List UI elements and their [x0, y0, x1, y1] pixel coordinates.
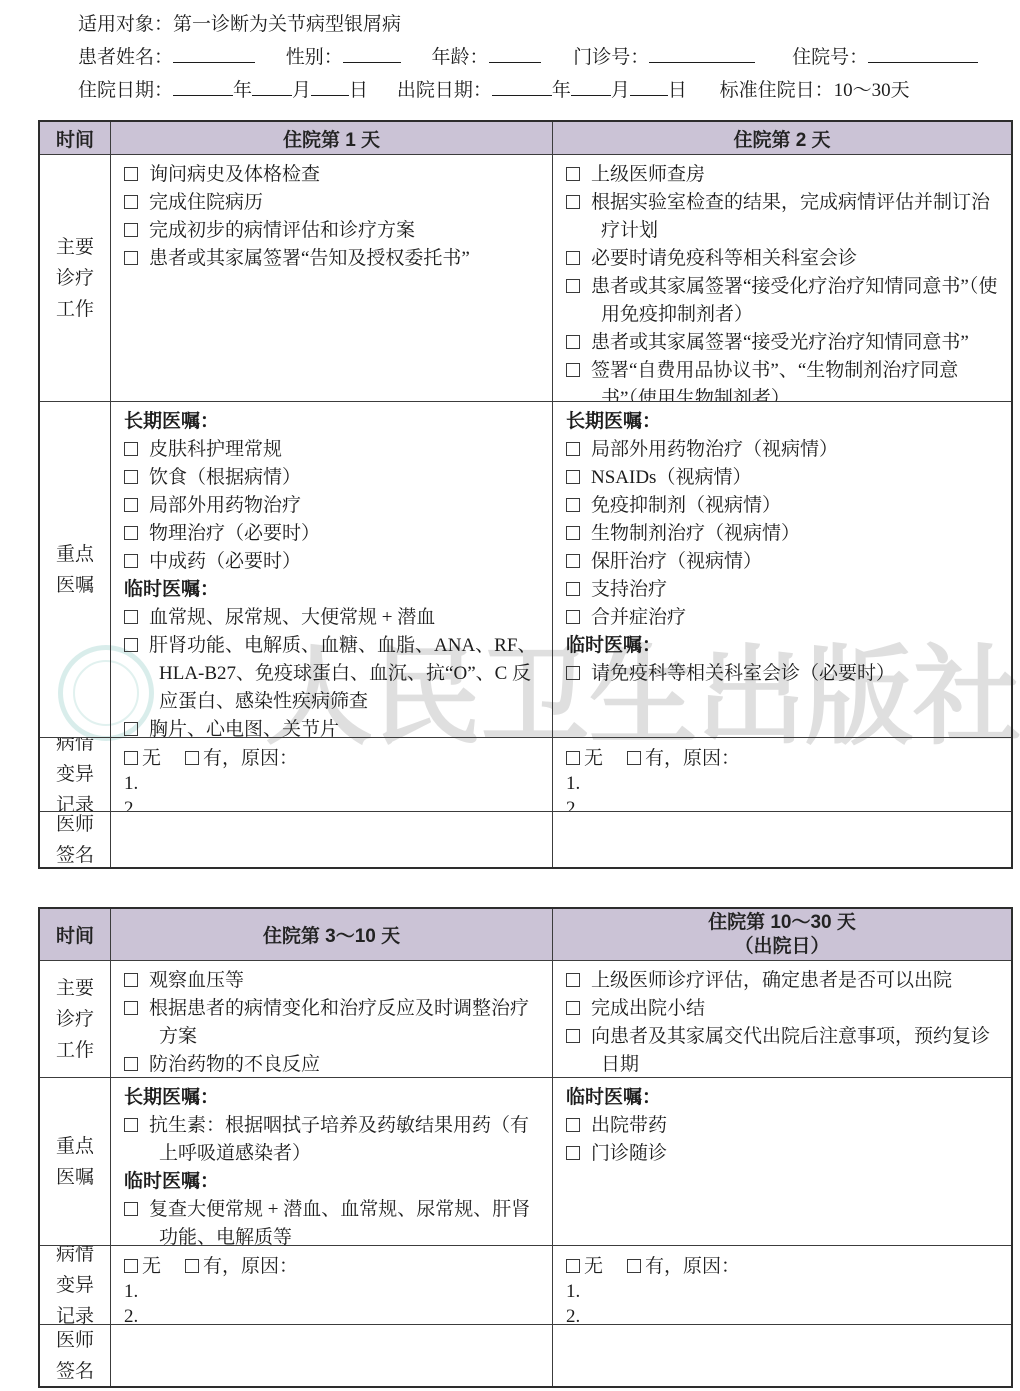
checkbox-icon [566, 1001, 580, 1015]
pathway-table-days-1-2: 时间 住院第 1 天 住院第 2 天 主要诊疗工作 询问病史及体格检查完成住院病… [38, 120, 1013, 869]
discharge-year-blank [492, 81, 552, 96]
checkbox-icon [566, 470, 580, 484]
orders-section-heading: 临时医嘱： [566, 1084, 1001, 1112]
variation-options-line: 无有，原因： [124, 746, 542, 771]
numbered-blank-line: 2. [124, 796, 542, 811]
checklist-item: 上级医师诊疗评估，确定患者是否可以出院 [566, 967, 1001, 995]
checklist-item: 皮肤科护理常规 [124, 436, 542, 464]
applicable-value: 第一诊断为关节病型银屑病 [173, 14, 401, 35]
cell-days3-10-key-orders: 长期医嘱：抗生素：根据咽拭子培养及药敏结果用药（有上呼吸道感染者）临时医嘱：复查… [111, 1078, 553, 1245]
checklist-item: 胸片、心电图、关节片 [124, 716, 542, 737]
checkbox-icon [124, 195, 138, 209]
checklist-item-text: 门诊随诊 [591, 1143, 667, 1164]
checkbox-icon [566, 666, 580, 680]
checklist-item: NSAIDs（视病情） [566, 464, 1001, 492]
checklist-item-text: 上级医师查房 [591, 164, 705, 185]
table1-row-main-care: 主要诊疗工作 询问病史及体格检查完成住院病历完成初步的病情评估和诊疗方案患者或其… [40, 155, 1011, 402]
checkbox-icon [566, 1146, 580, 1160]
numbered-blank-line: 2. [566, 1304, 1001, 1324]
checklist-item: 局部外用药物治疗 [124, 492, 542, 520]
checkbox-icon [566, 973, 580, 987]
year-label: 年 [552, 80, 571, 101]
checklist-item: 复查大便常规 + 潜血、血常规、尿常规、肝肾功能、电解质等 [124, 1196, 542, 1245]
month-label: 月 [292, 80, 311, 101]
row-label-physician-signature: 医师签名 [40, 1325, 111, 1386]
checkbox-icon [185, 1259, 199, 1273]
checklist-item-text: 观察血压等 [149, 970, 244, 991]
checklist-item-text: 免疫抑制剂（视病情） [591, 495, 781, 516]
outpatient-no-label: 门诊号： [573, 47, 649, 68]
orders-section-heading: 临时医嘱： [566, 632, 1001, 660]
option-yes-label: 有，原因： [203, 1256, 298, 1277]
checklist-item-text: 物理治疗（必要时） [149, 523, 320, 544]
checklist-item: 观察血压等 [124, 967, 542, 995]
orders-section-heading: 长期医嘱： [566, 408, 1001, 436]
age-label: 年龄： [432, 47, 489, 68]
checklist-item: 完成出院小结 [566, 995, 1001, 1023]
checkbox-icon [124, 1057, 138, 1071]
checklist-item-text: 中成药（必要时） [149, 551, 301, 572]
orders-section-heading: 长期医嘱： [124, 408, 542, 436]
checklist-item-text: 保肝治疗（视病情） [591, 551, 762, 572]
checklist-item: 保肝治疗（视病情） [566, 548, 1001, 576]
row-label-variation-record: 病情变异记录 [40, 738, 111, 811]
option-yes-label: 有，原因： [645, 1256, 740, 1277]
patient-name-label: 患者姓名： [78, 47, 173, 68]
checkbox-icon [124, 973, 138, 987]
row-label-physician-signature: 医师签名 [40, 812, 111, 867]
applicable-line: 适用对象：第一诊断为关节病型银屑病 [38, 8, 1013, 41]
option-none-label: 无 [584, 748, 603, 769]
checklist-item: 合并症治疗 [566, 604, 1001, 632]
cell-days10-30-main-care: 上级医师诊疗评估，确定患者是否可以出院完成出院小结向患者及其家属交代出院后注意事… [553, 961, 1011, 1077]
checkbox-icon [566, 751, 580, 765]
standard-stay-value: 10～30天 [834, 80, 910, 101]
table2-time-header: 时间 [40, 909, 111, 960]
checkbox-icon [124, 223, 138, 237]
checkbox-icon [627, 1259, 641, 1273]
checkbox-icon [566, 1259, 580, 1273]
year-label: 年 [233, 80, 252, 101]
checkbox-icon [185, 751, 199, 765]
checkbox-icon [124, 638, 138, 652]
checkbox-icon [124, 251, 138, 265]
checkbox-icon [124, 1259, 138, 1273]
checklist-item-text: 合并症治疗 [591, 607, 686, 628]
option-none-label: 无 [142, 1256, 161, 1277]
admission-day-blank [311, 81, 349, 96]
admission-year-blank [173, 81, 233, 96]
checklist-item: 抗生素：根据咽拭子培养及药敏结果用药（有上呼吸道感染者） [124, 1112, 542, 1168]
checkbox-icon [566, 363, 580, 377]
checkbox-icon [124, 1202, 138, 1216]
checklist-item: 肝肾功能、电解质、血糖、血脂、ANA、RF、HLA-B27、免疫球蛋白、血沉、抗… [124, 632, 542, 716]
option-none-label: 无 [142, 748, 161, 769]
table1-row-variation-record: 病情变异记录 无有，原因：1.2. 无有，原因：1.2. [40, 738, 1011, 812]
checklist-item: 请免疫科等相关科室会诊（必要时） [566, 660, 1001, 688]
numbered-blank-line: 2. [566, 796, 1001, 811]
table2-row-key-orders: 重点医嘱 长期医嘱：抗生素：根据咽拭子培养及药敏结果用药（有上呼吸道感染者）临时… [40, 1078, 1011, 1246]
checklist-item: 患者或其家属签署“接受光疗治疗知情同意书” [566, 329, 1001, 357]
checkbox-icon [124, 722, 138, 736]
variation-options-line: 无有，原因： [566, 1254, 1001, 1279]
row-label-main-care: 主要诊疗工作 [40, 961, 111, 1077]
checkbox-icon [566, 582, 580, 596]
checkbox-icon [566, 498, 580, 512]
cell-day1-physician-signature [111, 812, 553, 867]
numbered-blank-line: 1. [124, 771, 542, 796]
cell-days3-10-main-care: 观察血压等根据患者的病情变化和治疗反应及时调整治疗方案防治药物的不良反应 [111, 961, 553, 1077]
checklist-item: 出院带药 [566, 1112, 1001, 1140]
checkbox-icon [566, 1029, 580, 1043]
variation-options-line: 无有，原因： [566, 746, 1001, 771]
checklist-item: 中成药（必要时） [124, 548, 542, 576]
day-label: 日 [349, 80, 368, 101]
admission-month-blank [252, 81, 292, 96]
discharge-date-label: 出院日期： [397, 80, 492, 101]
checkbox-icon [124, 526, 138, 540]
numbered-blank-line: 2. [124, 1304, 542, 1324]
checkbox-icon [627, 751, 641, 765]
inpatient-no-label: 住院号： [792, 47, 868, 68]
patient-info-line: 患者姓名： 性别： 年龄： 门诊号： 住院号： [38, 41, 1013, 74]
table1-day1-header: 住院第 1 天 [111, 122, 553, 154]
inpatient-no-blank [868, 48, 978, 63]
checklist-item-text: 防治药物的不良反应 [149, 1054, 320, 1075]
scanned-document-page: 人民卫生出版社 适用对象：第一诊断为关节病型银屑病 患者姓名： 性别： 年龄： … [0, 0, 1020, 1391]
checklist-item: 防治药物的不良反应 [124, 1051, 542, 1077]
table1-row-physician-signature: 医师签名 [40, 812, 1011, 867]
cell-days3-10-physician-signature [111, 1325, 553, 1386]
table1-row-key-orders: 重点医嘱 长期医嘱：皮肤科护理常规饮食（根据病情）局部外用药物治疗物理治疗（必要… [40, 402, 1011, 738]
table2-row-main-care: 主要诊疗工作 观察血压等根据患者的病情变化和治疗反应及时调整治疗方案防治药物的不… [40, 961, 1011, 1078]
gender-label: 性别： [286, 47, 343, 68]
cell-days10-30-key-orders: 临时医嘱：出院带药门诊随诊 [553, 1078, 1011, 1245]
checklist-item: 免疫抑制剂（视病情） [566, 492, 1001, 520]
checklist-item-text: 皮肤科护理常规 [149, 439, 282, 460]
checklist-item: 根据实验室检查的结果，完成病情评估并制订治疗计划 [566, 189, 1001, 245]
table1-day2-header: 住院第 2 天 [553, 122, 1011, 154]
checklist-item-text: 出院带药 [591, 1115, 667, 1136]
checklist-item: 向患者及其家属交代出院后注意事项，预约复诊日期 [566, 1023, 1001, 1077]
checkbox-icon [124, 610, 138, 624]
orders-section-heading: 临时医嘱： [124, 1168, 542, 1196]
pathway-table-days-3-30: 时间 住院第 3～10 天 住院第 10～30 天 （出院日） 主要诊疗工作 观… [38, 907, 1013, 1388]
option-none-label: 无 [584, 1256, 603, 1277]
checklist-item: 完成住院病历 [124, 189, 542, 217]
checklist-item: 血常规、尿常规、大便常规 + 潜血 [124, 604, 542, 632]
checkbox-icon [124, 167, 138, 181]
checklist-item-text: 局部外用药物治疗 [149, 495, 301, 516]
checkbox-icon [566, 335, 580, 349]
checklist-item-text: 血常规、尿常规、大便常规 + 潜血 [149, 607, 435, 628]
table2-row-variation-record: 病情变异记录 无有，原因：1.2. 无有，原因：1.2. [40, 1246, 1011, 1325]
table2-header-row: 时间 住院第 3～10 天 住院第 10～30 天 （出院日） [40, 909, 1011, 961]
standard-stay-label: 标准住院日： [720, 80, 834, 101]
checklist-item-text: 生物制剂治疗（视病情） [591, 523, 800, 544]
checkbox-icon [124, 498, 138, 512]
checkbox-icon [566, 526, 580, 540]
cell-days10-30-variation-record: 无有，原因：1.2. [553, 1246, 1011, 1324]
row-label-main-care: 主要诊疗工作 [40, 155, 111, 401]
row-label-variation-record: 病情变异记录 [40, 1246, 111, 1324]
checklist-item-text: 询问病史及体格检查 [149, 164, 320, 185]
numbered-blank-line: 1. [566, 1279, 1001, 1304]
age-blank [489, 48, 541, 63]
checklist-item: 上级医师查房 [566, 161, 1001, 189]
checklist-item: 生物制剂治疗（视病情） [566, 520, 1001, 548]
checklist-item: 询问病史及体格检查 [124, 161, 542, 189]
checkbox-icon [566, 442, 580, 456]
checklist-item-text: 患者或其家属签署“接受光疗治疗知情同意书” [591, 332, 969, 353]
checkbox-icon [124, 751, 138, 765]
option-yes-label: 有，原因： [645, 748, 740, 769]
discharge-day-blank [630, 81, 668, 96]
patient-name-blank [173, 48, 255, 63]
row-label-key-orders: 重点医嘱 [40, 402, 111, 737]
option-yes-label: 有，原因： [203, 748, 298, 769]
checklist-item-text: 完成出院小结 [591, 998, 705, 1019]
checkbox-icon [566, 195, 580, 209]
outpatient-no-blank [649, 48, 755, 63]
checklist-item-text: 肝肾功能、电解质、血糖、血脂、ANA、RF、HLA-B27、免疫球蛋白、血沉、抗… [149, 635, 536, 712]
orders-section-heading: 临时医嘱： [124, 576, 542, 604]
checklist-item: 物理治疗（必要时） [124, 520, 542, 548]
checklist-item-text: 复查大便常规 + 潜血、血常规、尿常规、肝肾功能、电解质等 [149, 1199, 530, 1245]
cell-day1-main-care: 询问病史及体格检查完成住院病历完成初步的病情评估和诊疗方案患者或其家属签署“告知… [111, 155, 553, 401]
row-label-key-orders: 重点医嘱 [40, 1078, 111, 1245]
cell-day2-variation-record: 无有，原因：1.2. [553, 738, 1011, 811]
cell-day2-physician-signature [553, 812, 1011, 867]
applicable-label: 适用对象： [78, 14, 173, 35]
checkbox-icon [124, 442, 138, 456]
numbered-blank-line: 1. [124, 1279, 542, 1304]
checklist-item-text: NSAIDs（视病情） [591, 467, 751, 488]
checkbox-icon [566, 279, 580, 293]
table2-days3-10-header: 住院第 3～10 天 [111, 909, 553, 960]
checkbox-icon [566, 610, 580, 624]
checkbox-icon [124, 554, 138, 568]
checklist-item-text: 抗生素：根据咽拭子培养及药敏结果用药（有上呼吸道感染者） [149, 1115, 529, 1164]
checklist-item: 门诊随诊 [566, 1140, 1001, 1168]
cell-day1-key-orders: 长期医嘱：皮肤科护理常规饮食（根据病情）局部外用药物治疗物理治疗（必要时）中成药… [111, 402, 553, 737]
cell-days3-10-variation-record: 无有，原因：1.2. [111, 1246, 553, 1324]
checklist-item: 必要时请免疫科等相关科室会诊 [566, 245, 1001, 273]
numbered-blank-line: 1. [566, 771, 1001, 796]
checkbox-icon [124, 470, 138, 484]
checkbox-icon [566, 167, 580, 181]
checkbox-icon [566, 1118, 580, 1132]
gender-blank [343, 48, 401, 63]
cell-day1-variation-record: 无有，原因：1.2. [111, 738, 553, 811]
checklist-item-text: 根据患者的病情变化和治疗反应及时调整治疗方案 [149, 998, 529, 1047]
checklist-item-text: 签署“自费用品协议书”、“生物制剂治疗同意书”（使用生物制剂者） [591, 360, 958, 401]
dates-line: 住院日期：年月日 出院日期：年月日 标准住院日：10～30天 [38, 74, 1013, 107]
checkbox-icon [566, 251, 580, 265]
checklist-item-text: 患者或其家属签署“告知及授权委托书” [149, 248, 470, 269]
cell-day2-key-orders: 长期医嘱：局部外用药物治疗（视病情）NSAIDs（视病情）免疫抑制剂（视病情）生… [553, 402, 1011, 737]
cell-days10-30-physician-signature [553, 1325, 1011, 1386]
discharge-month-blank [571, 81, 611, 96]
checklist-item: 签署“自费用品协议书”、“生物制剂治疗同意书”（使用生物制剂者） [566, 357, 1001, 401]
checklist-item: 根据患者的病情变化和治疗反应及时调整治疗方案 [124, 995, 542, 1051]
orders-section-heading: 长期医嘱： [124, 1084, 542, 1112]
cell-day2-main-care: 上级医师查房根据实验室检查的结果，完成病情评估并制订治疗计划必要时请免疫科等相关… [553, 155, 1011, 401]
checklist-item-text: 上级医师诊疗评估，确定患者是否可以出院 [591, 970, 952, 991]
checklist-item-text: 请免疫科等相关科室会诊（必要时） [591, 663, 895, 684]
checklist-item-text: 根据实验室检查的结果，完成病情评估并制订治疗计划 [591, 192, 990, 241]
table2-days10-30-header: 住院第 10～30 天 （出院日） [553, 909, 1011, 960]
month-label: 月 [611, 80, 630, 101]
checklist-item-text: 局部外用药物治疗（视病情） [591, 439, 838, 460]
checkbox-icon [124, 1118, 138, 1132]
checklist-item-text: 完成初步的病情评估和诊疗方案 [149, 220, 415, 241]
checklist-item-text: 支持治疗 [591, 579, 667, 600]
checklist-item-text: 胸片、心电图、关节片 [149, 719, 339, 737]
day-label: 日 [668, 80, 687, 101]
checklist-item-text: 必要时请免疫科等相关科室会诊 [591, 248, 857, 269]
variation-options-line: 无有，原因： [124, 1254, 542, 1279]
checklist-item-text: 饮食（根据病情） [149, 467, 301, 488]
checklist-item-text: 向患者及其家属交代出院后注意事项，预约复诊日期 [591, 1026, 990, 1075]
checklist-item: 局部外用药物治疗（视病情） [566, 436, 1001, 464]
table1-header-row: 时间 住院第 1 天 住院第 2 天 [40, 122, 1011, 155]
checklist-item: 支持治疗 [566, 576, 1001, 604]
admission-date-label: 住院日期： [78, 80, 173, 101]
table1-time-header: 时间 [40, 122, 111, 154]
checklist-item-text: 完成住院病历 [149, 192, 263, 213]
checklist-item: 完成初步的病情评估和诊疗方案 [124, 217, 542, 245]
checkbox-icon [124, 1001, 138, 1015]
checklist-item: 患者或其家属签署“接受化疗治疗知情同意书”（使用免疫抑制剂者） [566, 273, 1001, 329]
checklist-item-text: 患者或其家属签署“接受化疗治疗知情同意书”（使用免疫抑制剂者） [591, 276, 997, 325]
checklist-item: 患者或其家属签署“告知及授权委托书” [124, 245, 542, 273]
checklist-item: 饮食（根据病情） [124, 464, 542, 492]
checkbox-icon [566, 554, 580, 568]
table2-row-physician-signature: 医师签名 [40, 1325, 1011, 1386]
